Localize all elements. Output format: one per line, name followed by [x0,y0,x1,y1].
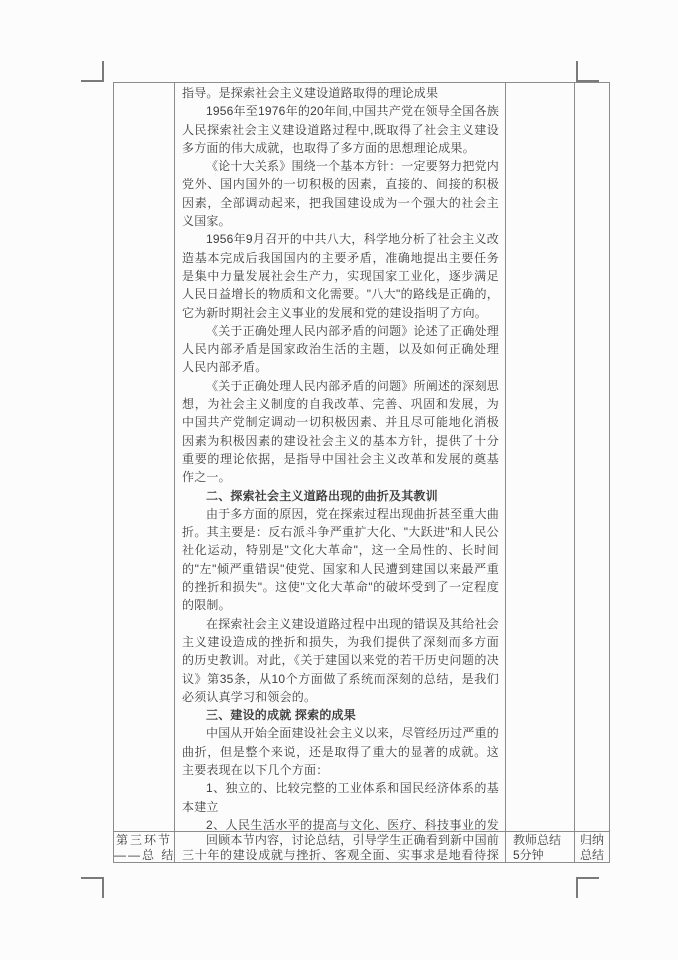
paragraph: 1956年9月召开的中共八大，科学地分析了社会主义改造基本完成后我国国内的主要矛… [182,230,499,321]
method-cell-empty [506,83,575,831]
paragraph: 中国从开始全面建设社会主义以来，尽管经历过严重的曲折，但是整个来说，还是取得了重… [182,724,499,779]
summary-content-cell: 回顾本节内容，讨论总结，引导学生正确看到新中国前三十年的建设成就与挫折、客观全面… [175,832,506,862]
method-line2: 5分钟 [513,848,574,862]
stage-cell-empty [114,83,175,831]
method-line1: 教师总结 [513,833,574,848]
paragraph: 由于多方面的原因，党在探索过程出现曲折甚至重大曲折。其主要是：反右派斗争严重扩大… [182,505,499,615]
paragraph: 《论十大关系》围绕一个基本方针：一定要努力把党内党外、国内国外的一切积极的因素，… [182,157,499,230]
stage-cell: 第三环节 ——总 结 [114,832,175,862]
paragraph: 1956年至1976年的20年间,中国共产党在领导全国各族人民探索社会主义建设道… [182,102,499,157]
lesson-plan-table: 指导。是探索社会主义建设道路取得的理论成果 1956年至1976年的20年间,中… [113,82,610,863]
intent-line2: 总结 [580,848,609,862]
intent-line1: 归纳 [580,833,609,848]
table-row-main: 指导。是探索社会主义建设道路取得的理论成果 1956年至1976年的20年间,中… [114,83,609,831]
paragraph: 《关于正确处理人民内部矛盾的问题》所阐述的深刻思想，为社会主义制度的自我改革、完… [182,377,499,487]
section-heading: 三、建设的成就 探索的成果 [182,706,499,724]
teaching-content-cell: 指导。是探索社会主义建设道路取得的理论成果 1956年至1976年的20年间,中… [175,83,506,831]
paragraph: 1、独立的、比较完整的工业体系和国民经济体系的基本建立 [182,779,499,816]
stage-label-line1: 第三环节 [114,833,174,848]
intent-cell-empty [575,83,609,831]
paragraph: 《关于正确处理人民内部矛盾的问题》论述了正确处理人民内部矛盾是国家政治生活的主题… [182,322,499,377]
crop-mark-top-right [576,61,599,82]
paragraph: 2、人民生活水平的提高与文化、医疗、科技事业的发展 [182,816,499,831]
summary-paragraph: 回顾本节内容，讨论总结，引导学生正确看到新中国前三十年的建设成就与挫折、客观全面… [182,833,499,862]
crop-mark-bottom-right [576,877,599,898]
section-heading: 二、探索社会主义道路出现的曲折及其教训 [182,487,499,505]
document-page: 指导。是探索社会主义建设道路取得的理论成果 1956年至1976年的20年间,中… [0,0,678,960]
paragraph: 指导。是探索社会主义建设道路取得的理论成果 [182,84,499,102]
crop-mark-top-left [81,61,104,82]
intent-cell: 归纳 总结 [575,832,609,862]
stage-label-line2: ——总 结 [114,848,174,862]
crop-mark-bottom-left [81,877,104,898]
table-row-summary: 第三环节 ——总 结 回顾本节内容，讨论总结，引导学生正确看到新中国前三十年的建… [114,831,609,862]
method-cell: 教师总结 5分钟 [506,832,575,862]
paragraph: 在探索社会主义建设道路过程中出现的错误及其给社会主义建设造成的挫折和损失，为我们… [182,615,499,706]
